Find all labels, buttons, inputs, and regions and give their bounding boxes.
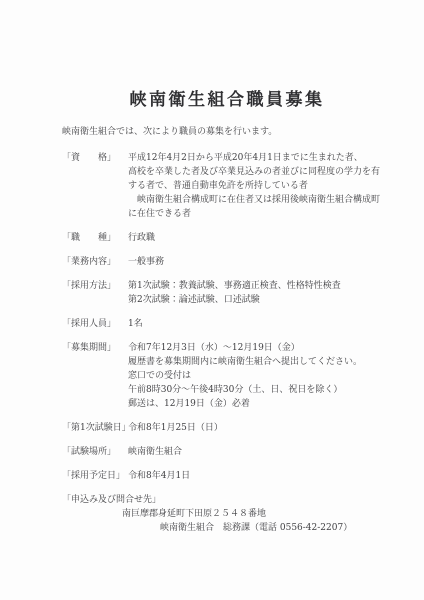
contact-office: 峡南衛生組合 総務課（電話 0556-42-2207） <box>160 521 394 535</box>
value-line: 郵送は、12月19日（金）必着 <box>128 397 394 411</box>
value-line: 第2次試験：論述試験、口述試験 <box>128 293 394 307</box>
section-value: 一般事務 <box>128 255 394 269</box>
value-line: 履歴書を募集期間内に峡南衛生組合へ提出してください。 <box>128 355 394 369</box>
section-value: 令和8年4月1日 <box>128 469 394 483</box>
intro-text: 峡南衛生組合では、次により職員の募集を行います。 <box>62 125 394 139</box>
section-value: 峡南衛生組合 <box>128 445 394 459</box>
value-line: 窓口での受付は <box>128 369 394 383</box>
section-row: 「採用方法」 第1次試験：教養試験、事務適正検査、性格特性検査第2次試験：論述試… <box>62 279 394 307</box>
value-line: 令和8年1月25日（日） <box>128 421 394 435</box>
contact-address: 南巨摩郡身延町下田原２５４８番地 <box>122 507 394 521</box>
document-page: 峡南衛生組合職員募集 峡南衛生組合では、次により職員の募集を行います。 「資 格… <box>0 0 424 600</box>
section-value: 行政職 <box>128 231 394 245</box>
contact-section: 「申込み及び問合せ先」 南巨摩郡身延町下田原２５４８番地 峡南衛生組合 総務課（… <box>62 493 394 535</box>
section-label: 「資 格」 <box>62 151 128 165</box>
section-label: 「採用方法」 <box>62 279 128 293</box>
section-row: 「募集期間」 令和7年12月3日（水）～12月19日（金）履歴書を募集期間内に峡… <box>62 341 394 411</box>
value-line: する者で、普通自動車免許を所持している者 <box>128 179 394 193</box>
value-line: 令和7年12月3日（水）～12月19日（金） <box>128 341 394 355</box>
section-row: 「採用人員」 1名 <box>62 317 394 331</box>
value-line: 高校を卒業した者及び卒業見込みの者並びに同程度の学力を有 <box>128 165 394 179</box>
section-value: 1名 <box>128 317 394 331</box>
section-value: 平成12年4月2日から平成20年4月1日までに生まれた者、高校を卒業した者及び卒… <box>128 151 394 221</box>
value-line: 令和8年4月1日 <box>128 469 394 483</box>
value-line: 行政職 <box>128 231 394 245</box>
section-row: 「試験場所」 峡南衛生組合 <box>62 445 394 459</box>
page-title: 峡南衛生組合職員募集 <box>30 90 424 110</box>
section-label: 「採用人員」 <box>62 317 128 331</box>
section-label: 「採用予定日」 <box>62 469 128 483</box>
section-label: 「職 種」 <box>62 231 128 245</box>
value-line: 第1次試験：教養試験、事務適正検査、性格特性検査 <box>128 279 394 293</box>
contact-label: 「申込み及び問合せ先」 <box>62 493 394 507</box>
section-row: 「採用予定日」 令和8年4月1日 <box>62 469 394 483</box>
value-line: 午前8時30分～午後4時30分（土、日、祝日を除く） <box>128 383 394 397</box>
section-value: 第1次試験：教養試験、事務適正検査、性格特性検査第2次試験：論述試験、口述試験 <box>128 279 394 307</box>
section-label: 「募集期間」 <box>62 341 128 355</box>
sections-list: 「資 格」 平成12年4月2日から平成20年4月1日までに生まれた者、高校を卒業… <box>62 151 394 483</box>
value-line: 1名 <box>128 317 394 331</box>
value-line: 平成12年4月2日から平成20年4月1日までに生まれた者、 <box>128 151 394 165</box>
section-value: 令和7年12月3日（水）～12月19日（金）履歴書を募集期間内に峡南衛生組合へ提… <box>128 341 394 411</box>
section-label: 「試験場所」 <box>62 445 128 459</box>
value-line: に在住できる者 <box>128 207 394 221</box>
section-label: 「業務内容」 <box>62 255 128 269</box>
section-row: 「業務内容」 一般事務 <box>62 255 394 269</box>
section-value: 令和8年1月25日（日） <box>128 421 394 435</box>
value-line: 峡南衛生組合構成町に在住者又は採用後峡南衛生組合構成町 <box>128 193 394 207</box>
section-row: 「第1次試験日」 令和8年1月25日（日） <box>62 421 394 435</box>
section-row: 「職 種」 行政職 <box>62 231 394 245</box>
section-row: 「資 格」 平成12年4月2日から平成20年4月1日までに生まれた者、高校を卒業… <box>62 151 394 221</box>
section-label: 「第1次試験日」 <box>62 421 128 435</box>
value-line: 峡南衛生組合 <box>128 445 394 459</box>
value-line: 一般事務 <box>128 255 394 269</box>
